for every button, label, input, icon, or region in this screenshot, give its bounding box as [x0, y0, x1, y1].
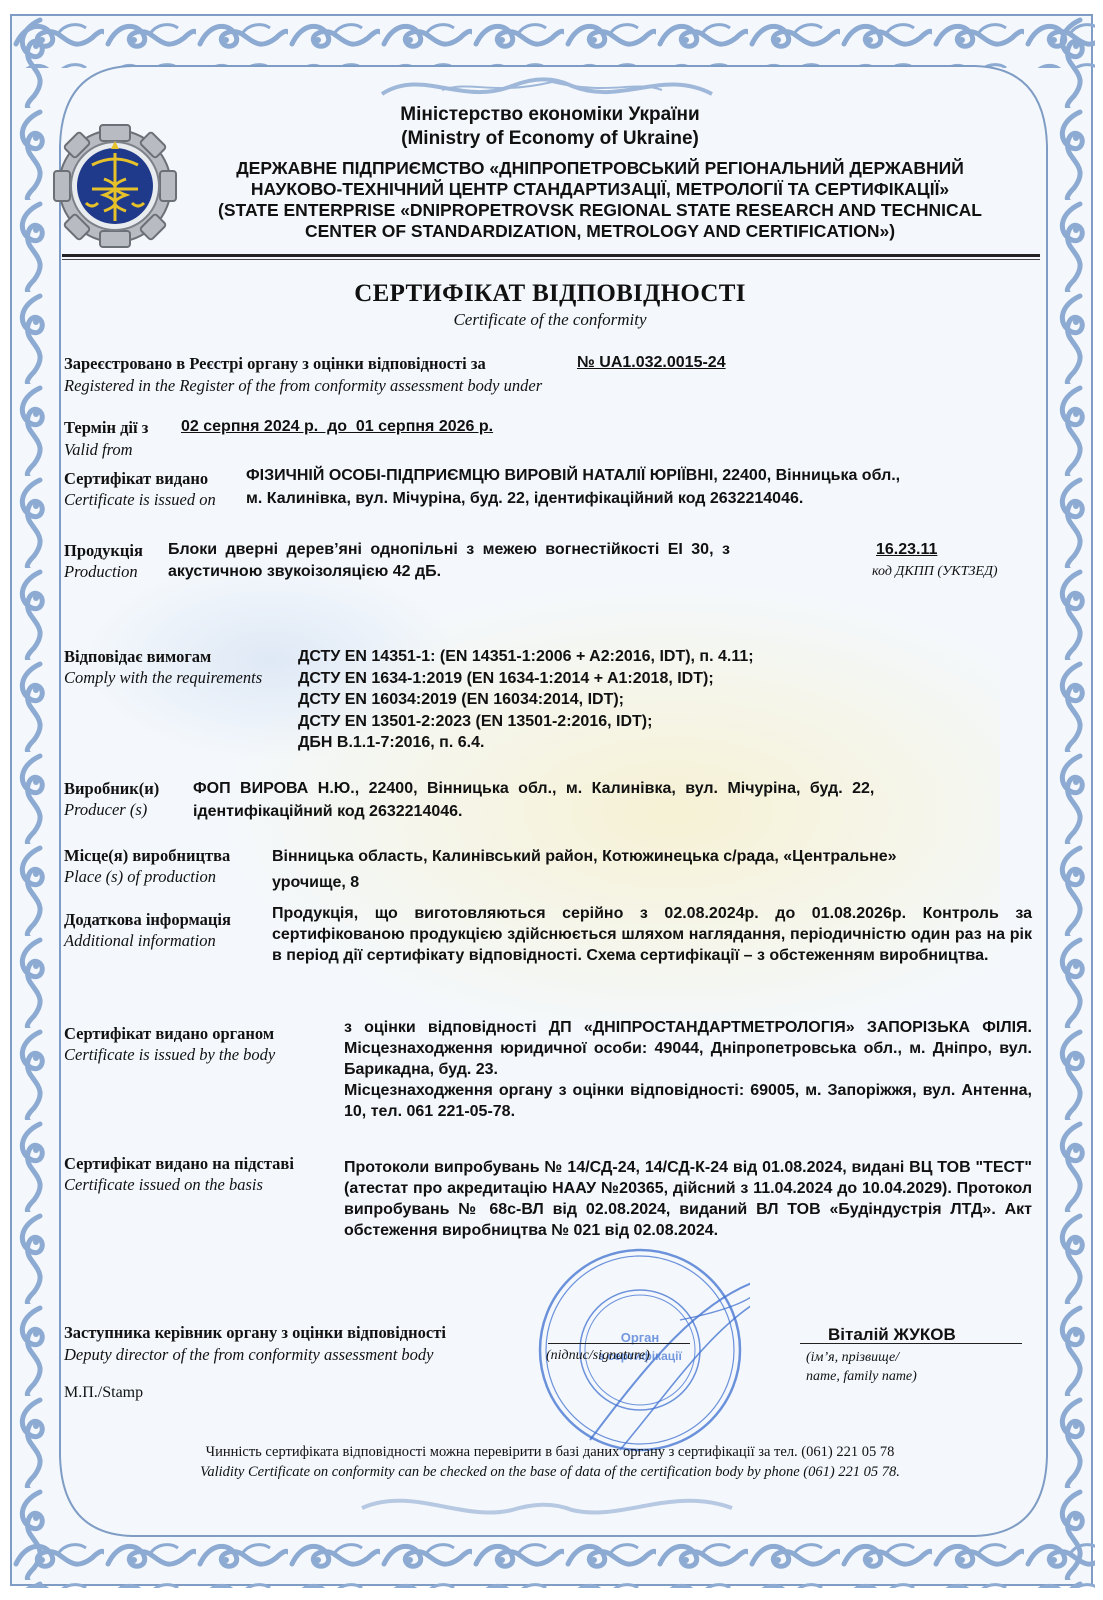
- certificate-title: СЕРТИФІКАТ ВІДПОВІДНОСТІ: [200, 280, 900, 308]
- requirements-label-ua: Відповідає вимогам: [64, 646, 211, 667]
- signatory-label-ua: Заступника керівник органу з оцінки відп…: [64, 1322, 446, 1343]
- org-en-line1: (STATE ENTERPRISE «DNIPROPETROVSK REGION…: [180, 200, 1020, 221]
- registration-number: № UA1.032.0015-24: [577, 352, 726, 373]
- issuing-body-label-ua: Сертифікат видано органом: [64, 1023, 274, 1044]
- signature-line: [548, 1343, 690, 1344]
- issuing-body-location: Місцезнаходження органу з оцінки відпові…: [344, 1080, 1032, 1122]
- name-caption-line1: (ім’я, прізвище/: [806, 1350, 899, 1366]
- place-line2: урочище, 8: [272, 872, 359, 893]
- additional-text: Продукція, що виготовляються серійно з 0…: [272, 903, 1032, 966]
- signatory-label-en: Deputy director of the from conformity a…: [64, 1344, 434, 1365]
- issued-to-label-en: Certificate is issued on: [64, 489, 216, 510]
- footer-ua: Чинність сертифіката відповідності можна…: [100, 1442, 1000, 1462]
- basis-label-en: Certificate issued on the basis: [64, 1174, 263, 1195]
- product-line1: Блоки дверні дерев’яні однопільні з меже…: [168, 539, 868, 560]
- issued-to-label-ua: Сертифікат видано: [64, 468, 208, 489]
- name-caption-line2: name, family name): [806, 1369, 917, 1385]
- signature-caption: (підпис/signature): [546, 1348, 650, 1364]
- org-ua-line2: НАУКОВО-ТЕХНІЧНИЙ ЦЕНТР СТАНДАРТИЗАЦІЇ, …: [180, 179, 1020, 200]
- place-label-ua: Місце(я) виробництва: [64, 845, 230, 866]
- name-line: [800, 1343, 1022, 1344]
- producer-label-ua: Виробник(и): [64, 778, 159, 799]
- header-divider: [62, 254, 1040, 257]
- registration-label-en: Registered in the Register of the from c…: [64, 375, 542, 396]
- product-code-label: код ДКПП (УКТЗЕД): [872, 564, 998, 580]
- org-ua-line1: ДЕРЖАВНЕ ПІДПРИЄМСТВО «ДНІПРОПЕТРОВСЬКИЙ…: [180, 158, 1020, 179]
- certificate-subtitle: Certificate of the conformity: [200, 310, 900, 330]
- signatory-name: Віталій ЖУКОВ: [828, 1324, 956, 1345]
- basis-label-ua: Сертифікат видано на підставі: [64, 1153, 294, 1174]
- issuing-body-label-en: Certificate is issued by the body: [64, 1044, 275, 1065]
- product-line2: акустичною звукоізоляцією 42 дБ.: [168, 561, 441, 582]
- requirement-item: ДБН В.1.1-7:2016, п. 6.4.: [298, 732, 754, 754]
- ministry-name-en: (Ministry of Economy of Ukraine): [290, 128, 810, 150]
- product-label-en: Production: [64, 561, 138, 582]
- validity-period: 02 серпня 2024 р. до 01 серпня 2026 р.: [181, 416, 493, 437]
- validity-label-ua: Термін дії з: [64, 417, 148, 438]
- basis-text: Протоколи випробувань № 14/СД-24, 14/СД-…: [344, 1157, 1032, 1241]
- footer-en: Validity Certificate on conformity can b…: [100, 1462, 1000, 1482]
- product-code: 16.23.11: [876, 539, 937, 560]
- org-en-line2: CENTER OF STANDARDIZATION, METROLOGY AND…: [180, 221, 1020, 242]
- producer-label-en: Producer (s): [64, 799, 147, 820]
- header-divider-thin: [62, 259, 1040, 260]
- additional-label-ua: Додаткова інформація: [64, 909, 231, 930]
- validity-label-en: Valid from: [64, 439, 133, 460]
- requirement-item: ДСТУ EN 14351-1: (EN 14351-1:2006 + A2:2…: [298, 646, 754, 668]
- place-label-en: Place (s) of production: [64, 866, 216, 887]
- product-label-ua: Продукція: [64, 540, 143, 561]
- registration-label-ua: Зареєстровано в Реєстрі органу з оцінки …: [64, 353, 486, 374]
- issued-to-line2: м. Калинівка, вул. Мічуріна, буд. 22, ід…: [246, 488, 803, 509]
- requirements-label-en: Comply with the requirements: [64, 667, 262, 688]
- producer-line2: ідентифікаційний код 2632214046.: [193, 801, 462, 822]
- organization-name: ДЕРЖАВНЕ ПІДПРИЄМСТВО «ДНІПРОПЕТРОВСЬКИЙ…: [180, 158, 1020, 242]
- producer-line1: ФОП ВИРОВА Н.Ю., 22400, Вінницька обл., …: [193, 778, 1033, 799]
- caduceus-scales-emblem-icon: [52, 123, 178, 249]
- ministry-name-ua: Міністерство економіки України: [290, 104, 810, 126]
- stamp-label: М.П./Stamp: [64, 1384, 143, 1402]
- requirement-item: ДСТУ EN 13501-2:2023 (EN 13501-2:2016, I…: [298, 711, 754, 733]
- additional-label-en: Additional information: [64, 930, 216, 951]
- issuing-body-address: з оцінки відповідності ДП «ДНІПРОСТАНДАР…: [344, 1017, 1032, 1080]
- issuing-body-text: з оцінки відповідності ДП «ДНІПРОСТАНДАР…: [344, 1017, 1032, 1122]
- requirement-item: ДСТУ EN 1634-1:2019 (EN 1634-1:2014 + A1…: [298, 668, 754, 690]
- requirement-item: ДСТУ EN 16034:2019 (EN 16034:2014, IDT);: [298, 689, 754, 711]
- requirements-list: ДСТУ EN 14351-1: (EN 14351-1:2006 + A2:2…: [298, 646, 754, 754]
- place-line1: Вінницька область, Калинівський район, К…: [272, 846, 897, 867]
- issued-to-line1: ФІЗИЧНІЙ ОСОБІ-ПІДПРИЄМЦЮ ВИРОВІЙ НАТАЛІ…: [246, 465, 900, 486]
